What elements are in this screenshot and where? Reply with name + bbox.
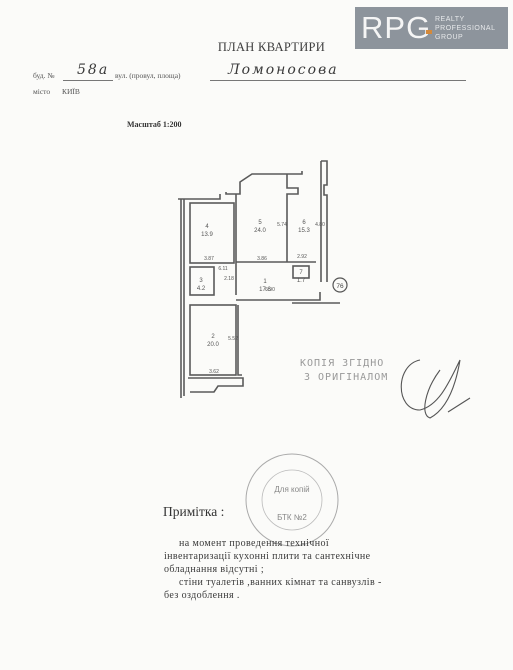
room-number: 5 <box>258 220 262 226</box>
dimension-label: 3.87 <box>204 256 214 262</box>
dimension-label: 2.92 <box>297 254 307 260</box>
dimension-label: 3.86 <box>257 256 267 262</box>
dimension-label: 4.80 <box>315 222 325 228</box>
note-heading: Примітка : <box>163 504 224 520</box>
svg-text:76: 76 <box>336 283 344 290</box>
room-area: 24.0 <box>254 228 266 234</box>
room-area: 4.2 <box>197 286 206 292</box>
room-area: 15.3 <box>298 228 310 234</box>
room-number: 4 <box>205 224 209 230</box>
dimension-label: 5.52 <box>228 336 238 342</box>
dimension-label: 3.62 <box>209 369 219 375</box>
note-body: на момент проведення технічної інвентари… <box>164 537 382 602</box>
copy-stamp: КОПІЯ ЗГІДНО З ОРИГІНАЛОМ <box>300 357 388 385</box>
dimension-label: 2.18 <box>224 276 234 282</box>
room-number: 7 <box>299 270 303 276</box>
dimension-label: 6.11 <box>218 266 228 272</box>
room-area: 13.9 <box>201 232 213 238</box>
room-number: 2 <box>211 334 215 340</box>
room-number: 6 <box>302 220 306 226</box>
dimension-label: 5.74 <box>277 222 287 228</box>
room-number: 1 <box>263 279 267 285</box>
room-area: 20.0 <box>207 342 219 348</box>
dimension-label: 6.90 <box>265 287 275 293</box>
room-area: 1.7 <box>297 278 306 284</box>
room-number: 3 <box>199 278 203 284</box>
